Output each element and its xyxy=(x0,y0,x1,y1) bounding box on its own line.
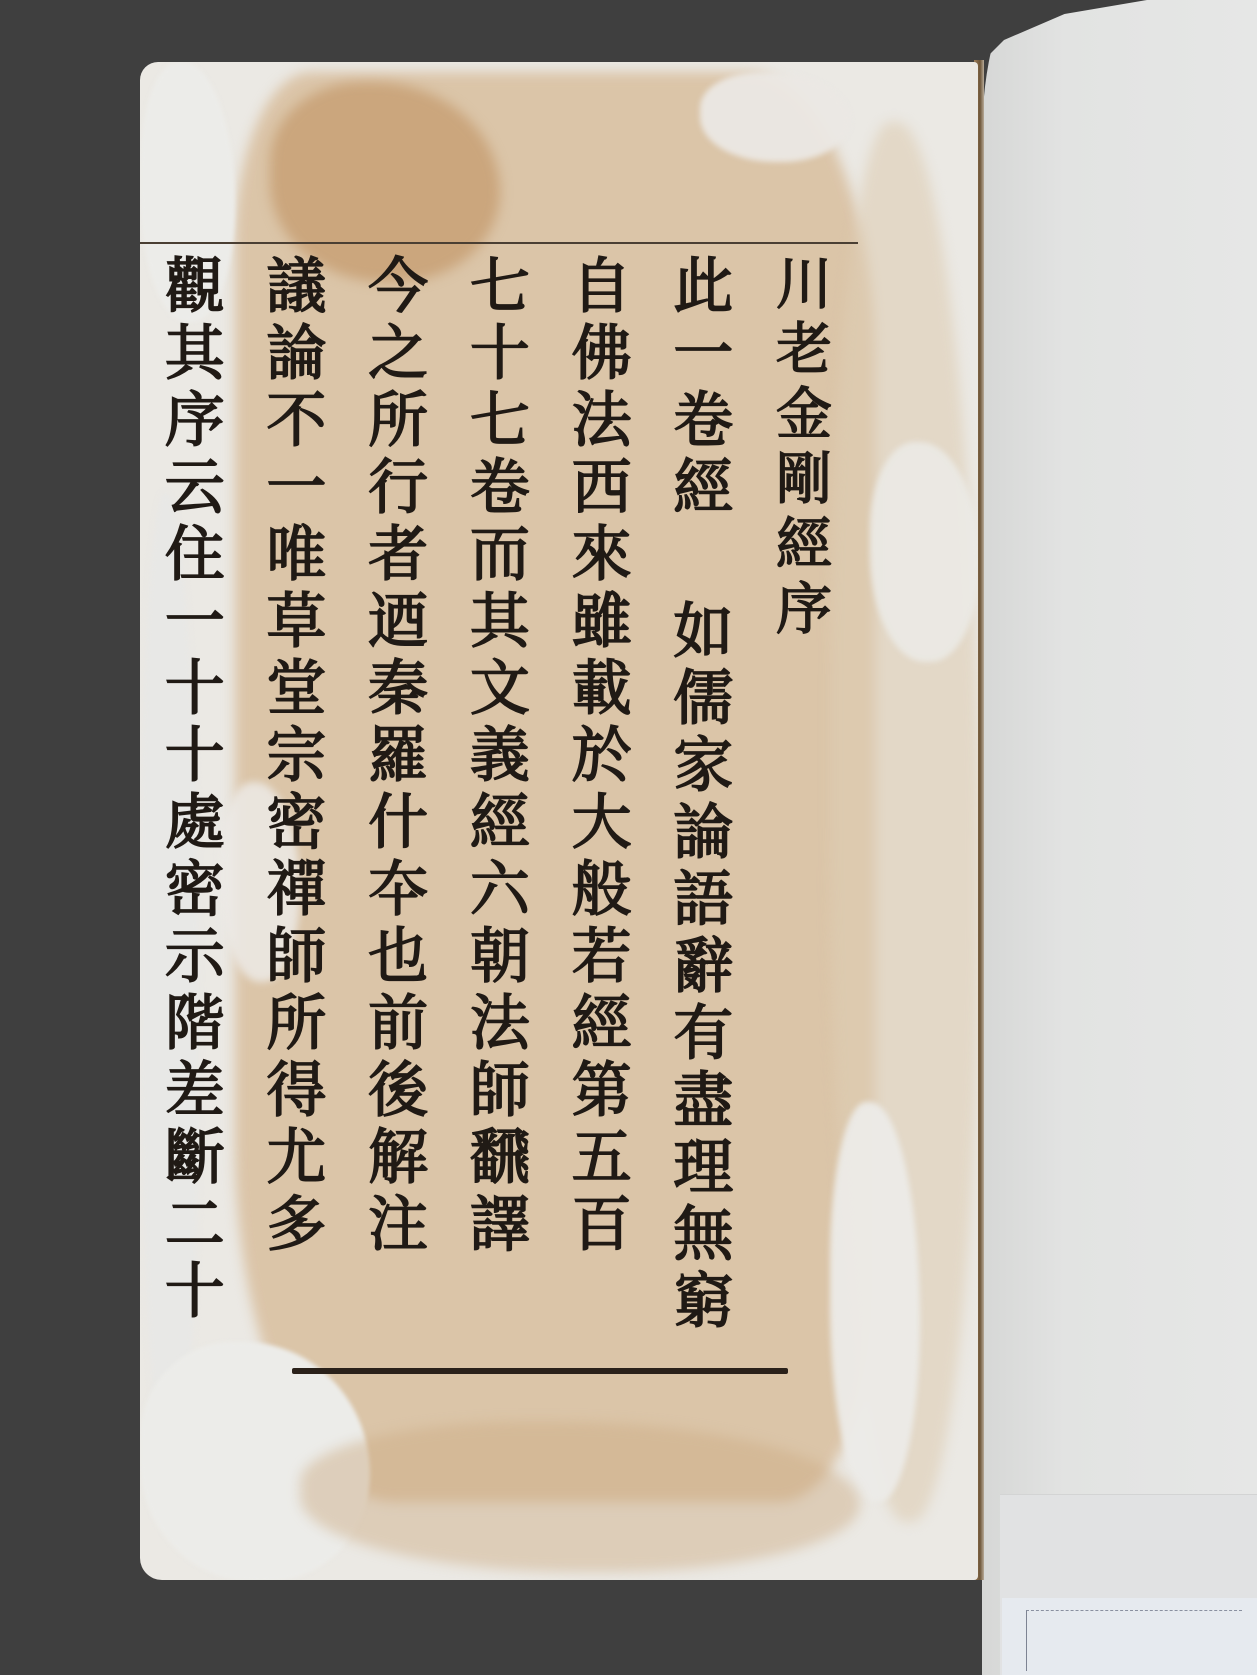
top-border-rule xyxy=(140,242,858,244)
text-column-2: 此一卷經 如儒家論語辭有盡理無窮 xyxy=(649,254,751,1364)
blank-right-page xyxy=(982,0,1257,1675)
printed-left-page: 川老金剛經序 此一卷經 如儒家論語辭有盡理無窮 自佛法西來雖載於大般若經第五百 … xyxy=(140,62,978,1580)
catalog-slip-box xyxy=(1026,1610,1242,1671)
text-column-4: 七十七卷而其文義經六朝法師飜譯 xyxy=(445,254,547,1364)
text-column-3: 自佛法西來雖載於大般若經第五百 xyxy=(547,254,649,1364)
paper-patch xyxy=(700,72,850,162)
bottom-border-rule xyxy=(292,1368,788,1374)
text-column-5: 今之所行者迺秦羅什夲也前後解注 xyxy=(343,254,445,1364)
text-column-title: 川老金剛經序 xyxy=(750,254,852,1364)
text-column-6: 議論不一唯草堂宗密禪師所得尤多 xyxy=(242,254,344,1364)
vertical-text-block: 川老金剛經序 此一卷經 如儒家論語辭有盡理無窮 自佛法西來雖載於大般若經第五百 … xyxy=(140,254,858,1364)
text-column-7: 觀其序云住一十十處密示階差斷二十 xyxy=(140,254,242,1364)
